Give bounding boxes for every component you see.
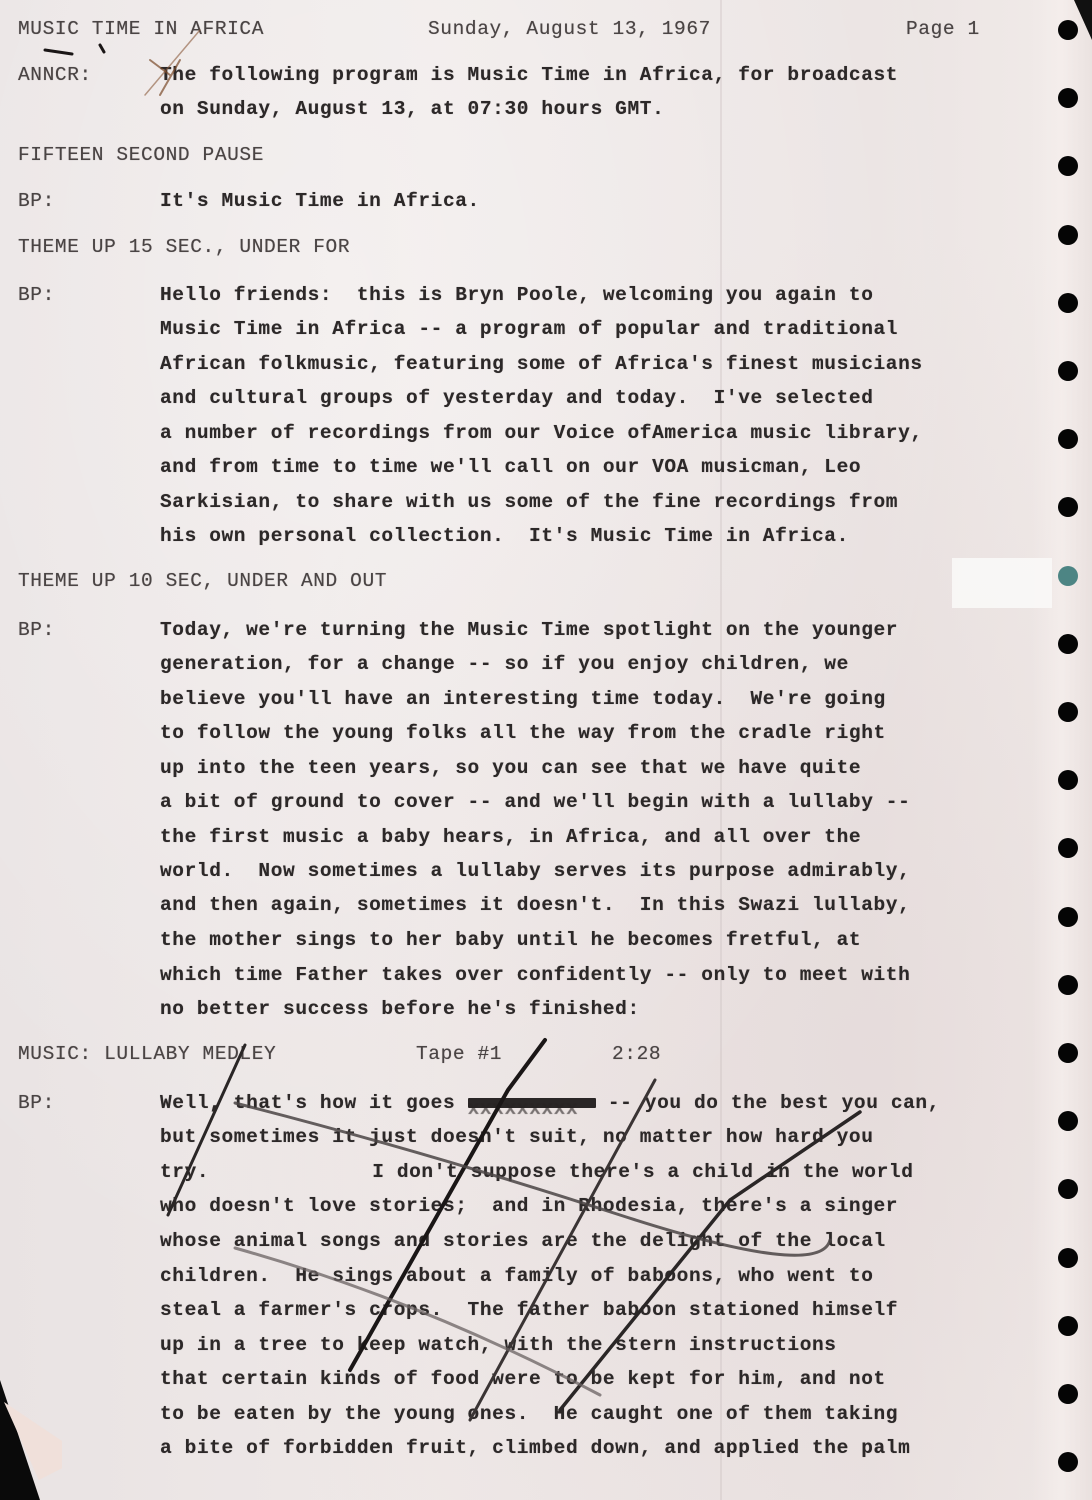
binder-hole — [1058, 497, 1078, 517]
script-line: and cultural groups of yesterday and tod… — [160, 387, 874, 409]
script-line: on Sunday, August 13, at 07:30 hours GMT… — [160, 98, 664, 120]
binder-hole — [1058, 361, 1078, 381]
script-line: to be eaten by the young ones. He caught… — [160, 1403, 898, 1425]
binder-hole — [1058, 1179, 1078, 1199]
broadcast-date: Sunday, August 13, 1967 — [428, 18, 711, 40]
speaker-label: BP: — [18, 190, 55, 212]
page-number: Page 1 — [906, 18, 980, 40]
script-line: the mother sings to her baby until he be… — [160, 929, 861, 951]
binder-hole — [1058, 225, 1078, 245]
script-line: children. He sings about a family of bab… — [160, 1265, 874, 1287]
production-cue: THEME UP 10 SEC, UNDER AND OUT — [18, 570, 387, 592]
production-cue: FIFTEEN SECOND PAUSE — [18, 144, 264, 166]
struck-out-text: xxxxxxxxx — [468, 1098, 596, 1108]
script-line: whose animal songs and stories are the d… — [160, 1230, 886, 1252]
script-line: the first music a baby hears, in Africa,… — [160, 826, 861, 848]
production-cue: THEME UP 15 SEC., UNDER FOR — [18, 236, 350, 258]
script-line: steal a farmer's crops. The father baboo… — [160, 1299, 898, 1321]
script-line: It's Music Time in Africa. — [160, 190, 480, 212]
binder-hole — [1058, 702, 1078, 722]
binder-hole — [1058, 566, 1078, 586]
script-line: believe you'll have an interesting time … — [160, 688, 886, 710]
binder-hole — [1058, 156, 1078, 176]
script-line: who doesn't love stories; and in Rhodesi… — [160, 1195, 898, 1217]
binder-hole — [1058, 1111, 1078, 1131]
binder-hole — [1058, 1043, 1078, 1063]
script-line: a bit of ground to cover -- and we'll be… — [160, 791, 910, 813]
script-line: The following program is Music Time in A… — [160, 64, 898, 86]
binder-hole — [1058, 88, 1078, 108]
speaker-label: BP: — [18, 619, 55, 641]
script-line: world. Now sometimes a lullaby serves it… — [160, 860, 910, 882]
script-line: but sometimes it just doesn't suit, no m… — [160, 1126, 874, 1148]
script-line: a bite of forbidden fruit, climbed down,… — [160, 1437, 910, 1459]
paper-patch — [952, 558, 1052, 608]
music-duration: 2:28 — [612, 1043, 661, 1065]
binder-holes — [1058, 0, 1080, 1500]
script-line: African folkmusic, featuring some of Afr… — [160, 353, 923, 375]
script-line: up in a tree to keep watch, with the ste… — [160, 1334, 837, 1356]
binder-hole — [1058, 429, 1078, 449]
script-line: Hello friends: this is Bryn Poole, welco… — [160, 284, 874, 306]
script-line: Well, that's how it goes xxxxxxxxx -- yo… — [160, 1092, 940, 1114]
binder-hole — [1058, 634, 1078, 654]
script-line: no better success before he's finished: — [160, 998, 640, 1020]
binder-hole — [1058, 20, 1078, 40]
script-line: his own personal collection. It's Music … — [160, 525, 849, 547]
script-line: up into the teen years, so you can see t… — [160, 757, 861, 779]
script-line-part: Well, that's how it goes — [160, 1092, 455, 1114]
speaker-label: ANNCR: — [18, 64, 92, 86]
script-line: generation, for a change -- so if you en… — [160, 653, 849, 675]
script-line-part: -- you do the best you can, — [608, 1092, 940, 1114]
script-line: and from time to time we'll call on our … — [160, 456, 861, 478]
binder-hole — [1058, 907, 1078, 927]
binder-hole — [1058, 1452, 1078, 1472]
binder-hole — [1058, 975, 1078, 995]
script-line: Today, we're turning the Music Time spot… — [160, 619, 898, 641]
binder-hole — [1058, 1316, 1078, 1336]
script-line: to follow the young folks all the way fr… — [160, 722, 886, 744]
binder-hole — [1058, 1384, 1078, 1404]
script-line: Music Time in Africa -- a program of pop… — [160, 318, 898, 340]
script-line-part: I don't suppose there's a child in the w… — [372, 1161, 913, 1183]
program-title: MUSIC TIME IN AFRICA — [18, 18, 264, 40]
music-tape: Tape #1 — [416, 1043, 502, 1065]
script-line: a number of recordings from our Voice of… — [160, 422, 923, 444]
script-line: which time Father takes over confidently… — [160, 964, 910, 986]
script-line-part: try. — [160, 1161, 209, 1183]
binder-hole — [1058, 1248, 1078, 1268]
binder-hole — [1058, 770, 1078, 790]
script-line: and then again, sometimes it doesn't. In… — [160, 894, 910, 916]
script-line: that certain kinds of food were to be ke… — [160, 1368, 886, 1390]
speaker-label: BP: — [18, 1092, 55, 1114]
script-line: Sarkisian, to share with us some of the … — [160, 491, 898, 513]
binder-hole — [1058, 838, 1078, 858]
music-cue-label: MUSIC: LULLABY MEDLEY — [18, 1043, 276, 1065]
speaker-label: BP: — [18, 284, 55, 306]
script-line: try.I don't suppose there's a child in t… — [160, 1161, 914, 1183]
binder-hole — [1058, 293, 1078, 313]
